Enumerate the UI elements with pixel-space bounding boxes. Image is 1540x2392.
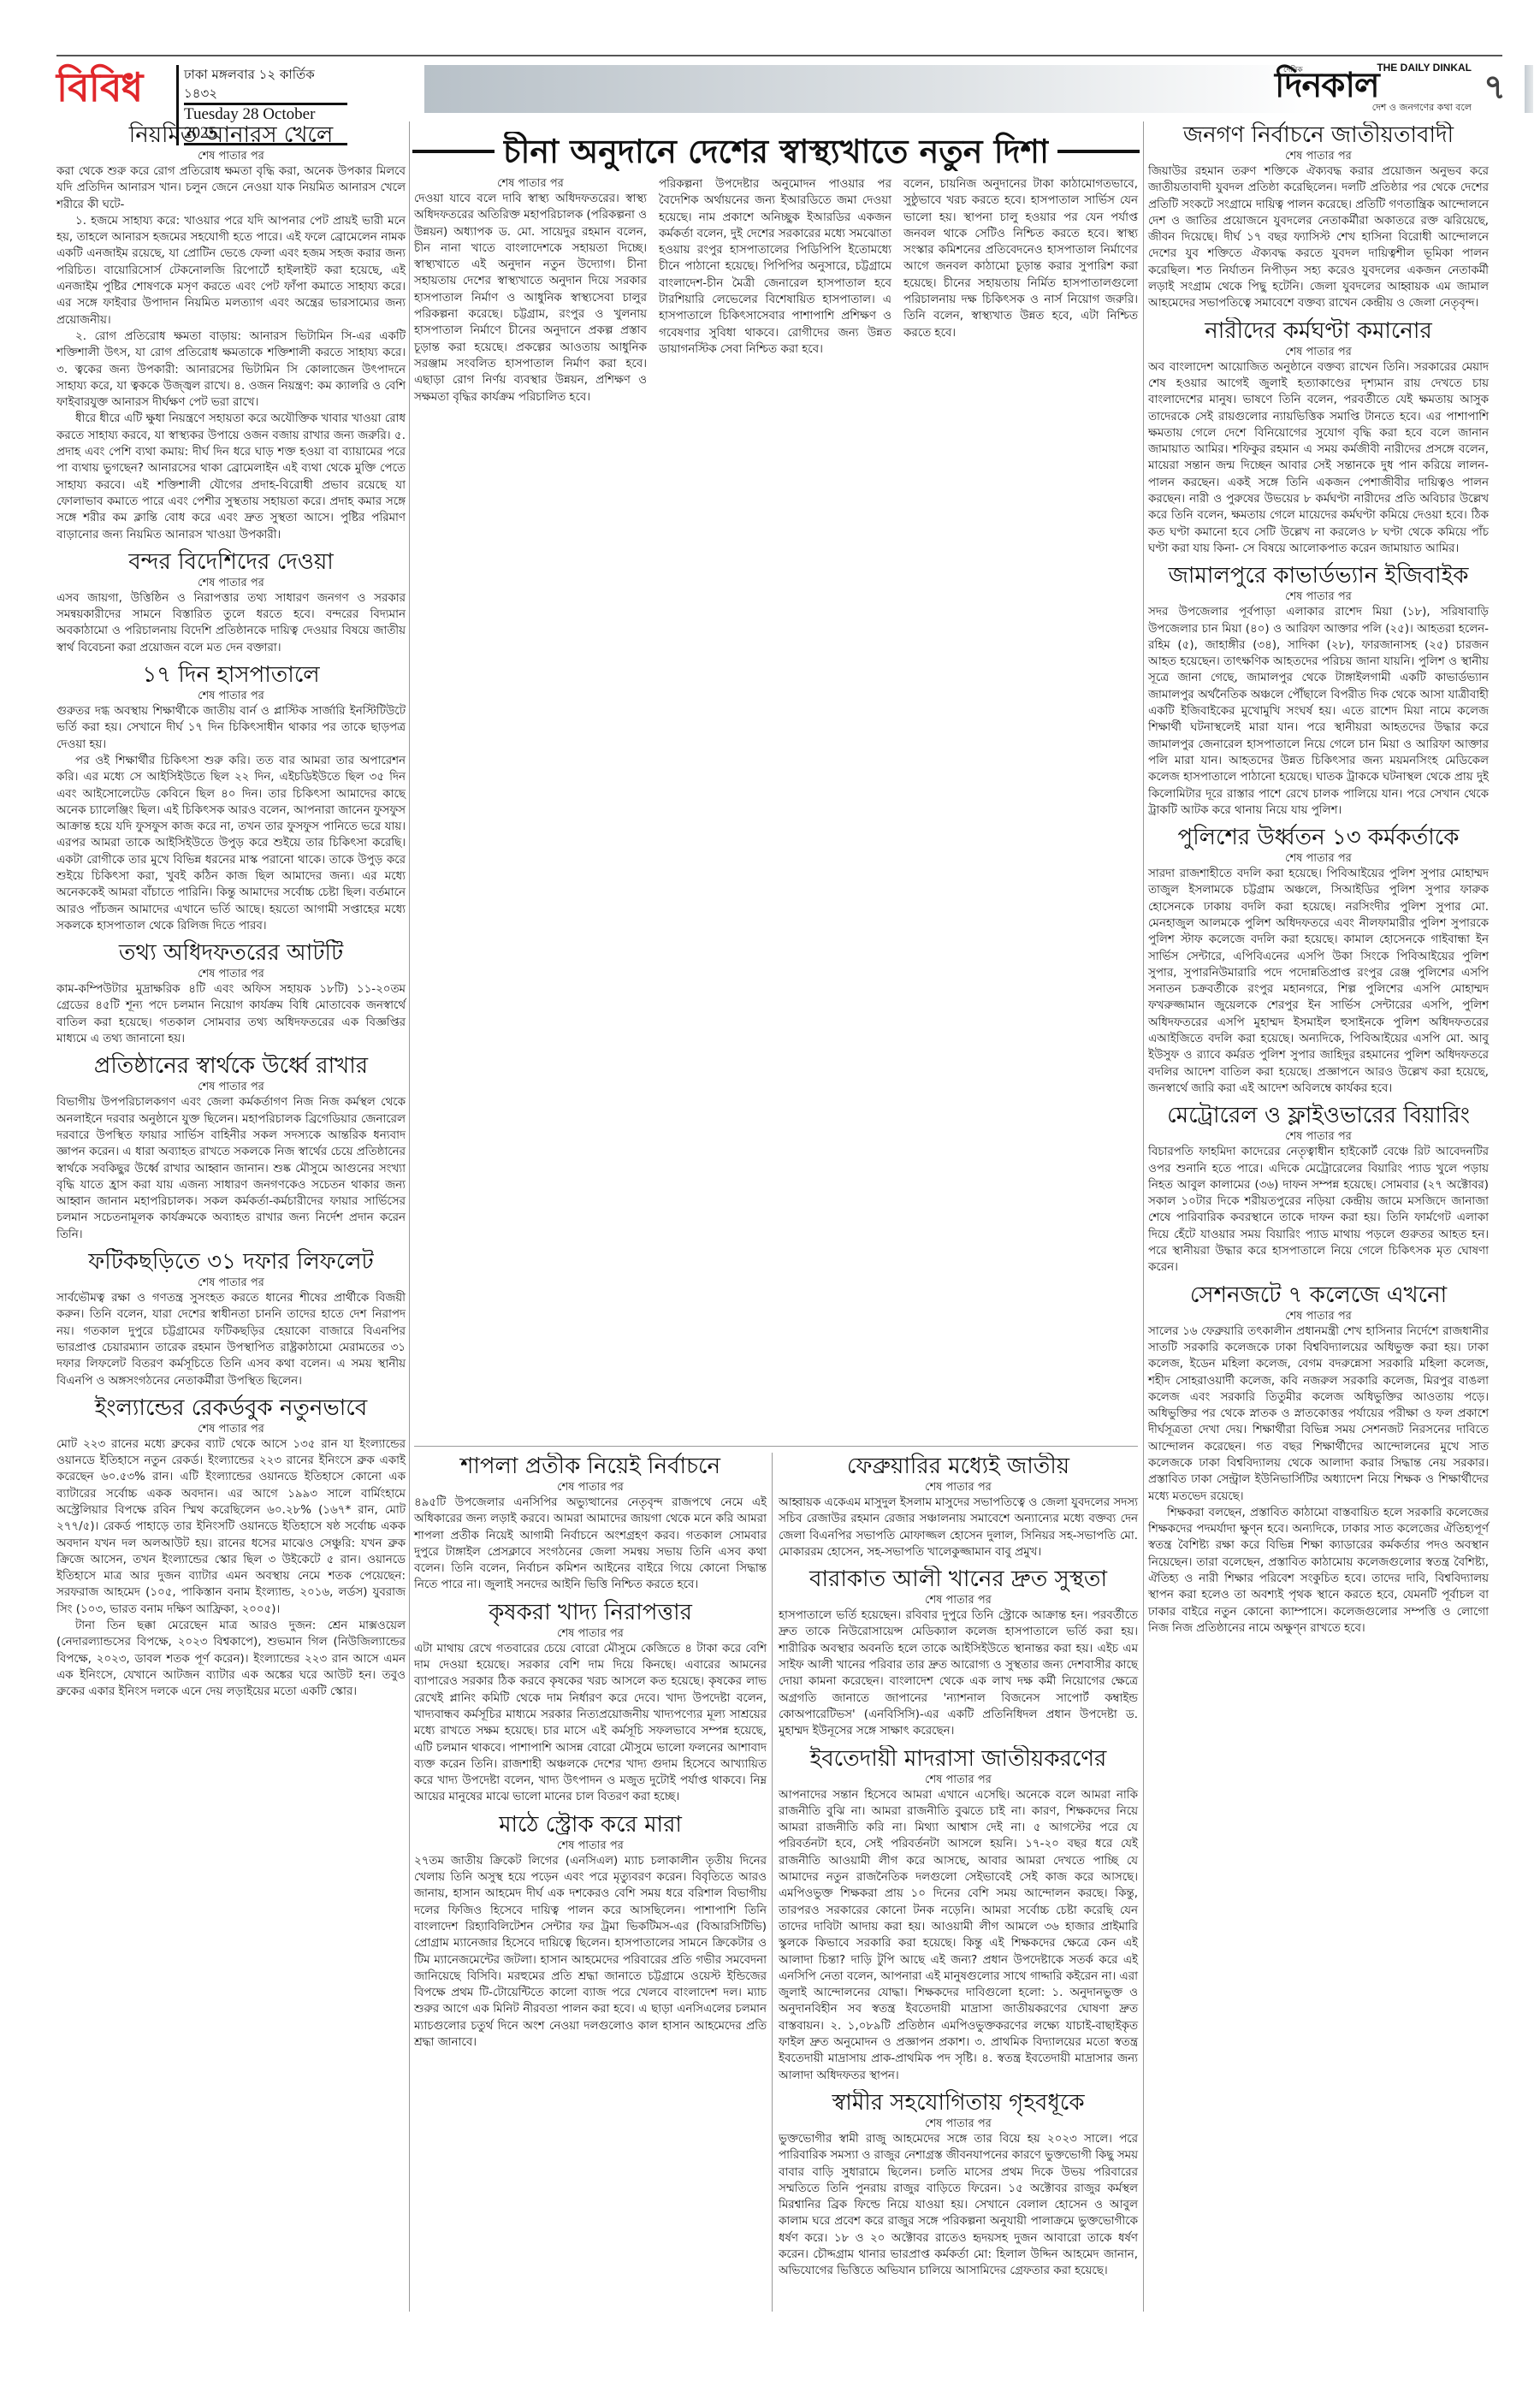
lead-story-col-3: বলেন, চায়নিজ অনুদানের টাকা কাঠামোগতভাবে…: [903, 176, 1138, 341]
left-column: নিয়মিত আনারস খেলে শেষ পাতার পর করা থেকে…: [56, 121, 406, 1706]
headline: ফেব্রুয়ারির মধ্যেই জাতীয়: [779, 1453, 1138, 1480]
headline: কৃষকরা খাদ্য নিরাপত্তার: [414, 1599, 767, 1626]
story-body: এটা মাথায় রেখে গতবারের চেয়ে বোরো মৌসুম…: [414, 1641, 767, 1806]
jump-label: শেষ পাতার পর: [56, 576, 406, 590]
headline: ফটিকছড়িতে ৩১ দফার লিফলেট: [56, 1248, 406, 1276]
page-number-bar: [1525, 65, 1533, 113]
lead-story-col-2: পরিকল্পনা উপদেষ্টার অনুমোদন পাওয়ার পর ব…: [659, 176, 891, 358]
paragraph: আপনাদের সন্তান হিসেবে আমরা এখানে এসেছি। …: [779, 1787, 1138, 2084]
paragraph: আহ্বায়ক একেএম মাসুদুল ইসলাম মাসুদের সভা…: [779, 1495, 1138, 1560]
jump-label: শেষ পাতার পর: [56, 1276, 406, 1290]
headline: মাঠে স্ট্রোক করে মারা: [414, 1811, 767, 1838]
lead-headline-row: চীনা অনুদানে দেশের স্বাস্থ্যখাতে নতুন দি…: [412, 130, 1140, 173]
story-institution-interest: প্রতিষ্ঠানের স্বার্থকে উর্ধ্বে রাখার শেষ…: [56, 1052, 406, 1243]
story-17-days-hospital: ১৭ দিন হাসপাতালে শেষ পাতার পর গুরুতর দগ্…: [56, 661, 406, 934]
story-february-election: ফেব্রুয়ারির মধ্যেই জাতীয় শেষ পাতার পর …: [779, 1453, 1138, 1560]
story-housewife-assault: স্বামীর সহযোগিতায় গৃহবধূকে শেষ পাতার পর…: [779, 2089, 1138, 2280]
story-body: সদর উপজেলার পূর্বপাড়া এলাকার রাশেদ মিয়…: [1148, 604, 1489, 819]
headline: সেশনজটে ৭ কলেজে এখনো: [1148, 1282, 1489, 1309]
headline: পুলিশের উর্ধ্বতন ১৩ কর্মকর্তাকে: [1148, 824, 1489, 851]
paragraph: অব বাংলাদেশ আয়োজিত অনুষ্ঠানে বক্তব্য রা…: [1148, 359, 1489, 558]
story-body: ৪৯৫টি উপজেলার এনসিপির অভ্যুত্থানের নেতৃব…: [414, 1495, 767, 1594]
paragraph: ২. রোগ প্রতিরোধ ক্ষমতা বাড়ায়: আনারস ভি…: [56, 329, 406, 411]
column-divider: [1143, 121, 1144, 2312]
story-nationalist-youth: জনগণ নির্বাচনে জাতীয়তাবাদী শেষ পাতার পর…: [1148, 121, 1489, 312]
story-body: সালের ১৬ ফেব্রুয়ারি তৎকালীন প্রধানমন্ত্…: [1148, 1323, 1489, 1637]
story-body: অব বাংলাদেশ আয়োজিত অনুষ্ঠানে বক্তব্য রা…: [1148, 359, 1489, 558]
jump-label: শেষ পাতার পর: [779, 1480, 1138, 1495]
paragraph: সার্বভৌমত্ব রক্ষা ও গণতন্ত্র সুসংহত করতে…: [56, 1290, 406, 1389]
jump-label: শেষ পাতার পর: [1148, 589, 1489, 604]
page-number: ৭: [1484, 65, 1506, 110]
paragraph: ধীরে ধীরে এটি ক্ষুধা নিয়ন্ত্রণে সহায়তা…: [56, 411, 406, 542]
story-body: মোট ২২৩ রানের মধ্যে ব্রুকের ব্যাট থেকে আ…: [56, 1436, 406, 1701]
brand-english-name: THE DAILY DINKAL: [1377, 62, 1472, 74]
story-shapla-symbol: শাপলা প্রতীক নিয়েই নির্বাচনে শেষ পাতার …: [414, 1453, 767, 1594]
section-divider: [414, 1446, 1138, 1447]
paragraph: ২৭তম জাতীয় ক্রিকেট লিগের (এনসিএল) ম্যাচ…: [414, 1853, 767, 2052]
headline: ইংল্যান্ডের রেকর্ডবুক নতুনভাবে: [56, 1394, 406, 1422]
lead-story-col-1: শেষ পাতার পর দেওয়া যাবে বলে দাবি স্বাস্…: [414, 176, 647, 406]
right-column: জনগণ নির্বাচনে জাতীয়তাবাদী শেষ পাতার পর…: [1148, 121, 1489, 1642]
jump-label: শেষ পাতার পর: [414, 1838, 767, 1853]
story-body: জিয়াউর রহমান তরুণ শক্তিকে ঐক্যবদ্ধ করার…: [1148, 163, 1489, 312]
jump-label: শেষ পাতার পর: [1148, 149, 1489, 163]
headline: বারাকাত আলী খানের দ্রুত সুস্থতা: [779, 1566, 1138, 1593]
story-body: হাসপাতালে ভর্তি হয়েছেন। রবিবার দুপুরে ত…: [779, 1607, 1138, 1739]
story-body: ভুক্তভোগীর স্বামী রাজু আহমেদের সঙ্গে তার…: [779, 2131, 1138, 2280]
paragraph: ভুক্তভোগীর স্বামী রাজু আহমেদের সঙ্গে তার…: [779, 2131, 1138, 2280]
story-england-record: ইংল্যান্ডের রেকর্ডবুক নতুনভাবে শেষ পাতার…: [56, 1394, 406, 1701]
headline: জামালপুরে কাভার্ডভ্যান ইজিবাইক: [1148, 562, 1489, 589]
jump-label: শেষ পাতার পর: [1148, 1309, 1489, 1323]
column-divider: [772, 1453, 773, 2312]
jump-label: শেষ পাতার পর: [414, 1626, 767, 1641]
paragraph: হাসপাতালে ভর্তি হয়েছেন। রবিবার দুপুরে ত…: [779, 1607, 1138, 1739]
story-body: করা থেকে শুরু করে রোগ প্রতিরোধ ক্ষমতা বৃ…: [56, 163, 406, 543]
story-body: গুরুতর দগ্ধ অবস্থায় শিক্ষার্থীকে জাতীয়…: [56, 703, 406, 934]
story-body: পরিকল্পনা উপদেষ্টার অনুমোদন পাওয়ার পর ব…: [659, 176, 891, 358]
jump-label: শেষ পাতার পর: [56, 689, 406, 703]
jump-label: শেষ পাতার পর: [1148, 851, 1489, 866]
paragraph: পর ওই শিক্ষার্থীর চিকিৎসা শুরু করি। তত ব…: [56, 753, 406, 934]
jump-label: শেষ পাতার পর: [779, 1593, 1138, 1607]
story-pineapple: নিয়মিত আনারস খেলে শেষ পাতার পর করা থেকে…: [56, 121, 406, 543]
story-body: দেওয়া যাবে বলে দাবি স্বাস্থ্য অধিদফতরের…: [414, 191, 647, 406]
story-info-directorate: তথ্য অধিদফতরের আটটি শেষ পাতার পর কাম-কম্…: [56, 939, 406, 1047]
paragraph: করা থেকে শুরু করে রোগ প্রতিরোধ ক্ষমতা বৃ…: [56, 163, 406, 213]
paragraph: ১. হজমে সাহায্য করে: খাওয়ার পরে যদি আপন…: [56, 213, 406, 329]
jump-label: শেষ পাতার পর: [414, 1480, 767, 1495]
paragraph: টানা তিন ছক্কা মেরেছেন মাত্র আরও দুজন: শ…: [56, 1618, 406, 1700]
headline: শাপলা প্রতীক নিয়েই নির্বাচনে: [414, 1453, 767, 1480]
headline: প্রতিষ্ঠানের স্বার্থকে উর্ধ্বে রাখার: [56, 1052, 406, 1080]
paragraph: এটা মাথায় রেখে গতবারের চেয়ে বোরো মৌসুম…: [414, 1641, 767, 1806]
top-rule: [56, 55, 1502, 56]
paragraph: জিয়াউর রহমান তরুণ শক্তিকে ঐক্যবদ্ধ করার…: [1148, 163, 1489, 312]
story-body: বিভাগীয় উপপরিচালকগণ এবং জেলা কর্মকর্তাগ…: [56, 1094, 406, 1243]
paragraph: কাম-কম্পিউটার মুদ্রাক্ষরিক ৪টি এবং অফিস …: [56, 981, 406, 1047]
story-farmers-food-security: কৃষকরা খাদ্য নিরাপত্তার শেষ পাতার পর এটা…: [414, 1599, 767, 1806]
center-bottom-left: শাপলা প্রতীক নিয়েই নির্বাচনে শেষ পাতার …: [414, 1453, 767, 2056]
masthead: বিবিধ ঢাকা মঙ্গলবার ১২ কার্তিক ১৪৩২ Tues…: [56, 62, 1502, 115]
story-body: বলেন, চায়নিজ অনুদানের টাকা কাঠামোগতভাবে…: [903, 176, 1138, 341]
story-fatikchhari-leaflet: ফটিকছড়িতে ৩১ দফার লিফলেট শেষ পাতার পর স…: [56, 1248, 406, 1389]
section-title: বিবিধ: [56, 63, 142, 111]
story-stroke-on-field: মাঠে স্ট্রোক করে মারা শেষ পাতার পর ২৭তম …: [414, 1811, 767, 2052]
story-women-working-hours: নারীদের কর্মঘণ্টা কমানোর শেষ পাতার পর অব…: [1148, 317, 1489, 558]
story-police-transfer: পুলিশের উর্ধ্বতন ১৩ কর্মকর্তাকে শেষ পাতা…: [1148, 824, 1489, 1097]
headline: স্বামীর সহযোগিতায় গৃহবধূকে: [779, 2089, 1138, 2117]
brand-tagline: দেশ ও জনগণের কথা বলে: [1372, 100, 1472, 116]
jump-label: শেষ পাতার পর: [779, 1773, 1138, 1787]
jump-label: শেষ পাতার পর: [56, 967, 406, 981]
story-ebtedayee-madrasa: ইবতেদায়ী মাদরাসা জাতীয়করণের শেষ পাতার …: [779, 1745, 1138, 2084]
jump-label: শেষ পাতার পর: [56, 149, 406, 163]
header-gray-band: [424, 65, 1314, 113]
jump-label: শেষ পাতার পর: [1148, 345, 1489, 359]
paragraph: মোট ২২৩ রানের মধ্যে ব্রুকের ব্যাট থেকে আ…: [56, 1436, 406, 1618]
jump-label: শেষ পাতার পর: [56, 1422, 406, 1436]
paragraph: এসব জায়গা, উত্তিষ্ঠিন ও নিরাপত্তার তথ্য…: [56, 590, 406, 656]
paragraph: বিচারপতি ফাহমিদা কাদেরের নেতৃত্বাধীন হাই…: [1148, 1144, 1489, 1276]
story-body: বিচারপতি ফাহমিদা কাদেরের নেতৃত্বাধীন হাই…: [1148, 1144, 1489, 1276]
jump-label: শেষ পাতার পর: [1148, 1129, 1489, 1144]
paragraph: সদর উপজেলার পূর্বপাড়া এলাকার রাশেদ মিয়…: [1148, 604, 1489, 819]
lead-headline: চীনা অনুদানে দেশের স্বাস্থ্যখাতে নতুন দি…: [503, 132, 1049, 171]
column-divider: [409, 121, 410, 2312]
story-metro-bearing: মেট্রোরেল ও ফ্লাইওভারের বিয়ারিং শেষ পাত…: [1148, 1102, 1489, 1276]
story-body: আপনাদের সন্তান হিসেবে আমরা এখানে এসেছি। …: [779, 1787, 1138, 2084]
story-jamalpur-accident: জামালপুরে কাভার্ডভ্যান ইজিবাইক শেষ পাতার…: [1148, 562, 1489, 819]
date-bangla: ঢাকা মঙ্গলবার ১২ কার্তিক ১৪৩২: [184, 65, 347, 103]
story-port: বন্দর বিদেশিদের দেওয়া শেষ পাতার পর এসব …: [56, 548, 406, 656]
brand-name: দিনকাল: [1275, 67, 1379, 104]
story-body: সারদা রাজশাহীতে বদলি করা হয়েছে। পিবিআইয…: [1148, 866, 1489, 1097]
story-body: ২৭তম জাতীয় ক্রিকেট লিগের (এনসিএল) ম্যাচ…: [414, 1853, 767, 2052]
paragraph: ৪৯৫টি উপজেলার এনসিপির অভ্যুত্থানের নেতৃব…: [414, 1495, 767, 1594]
headline-rule-right: [1057, 150, 1140, 153]
headline: তথ্য অধিদফতরের আটটি: [56, 939, 406, 967]
story-body: সার্বভৌমত্ব রক্ষা ও গণতন্ত্র সুসংহত করতে…: [56, 1290, 406, 1389]
headline: মেট্রোরেল ও ফ্লাইওভারের বিয়ারিং: [1148, 1102, 1489, 1129]
paragraph: শিক্ষকরা বলছেন, প্রস্তাবিত কাঠামো বাস্তব…: [1148, 1505, 1489, 1637]
story-body: কাম-কম্পিউটার মুদ্রাক্ষরিক ৪টি এবং অফিস …: [56, 981, 406, 1047]
story-body: আহ্বায়ক একেএম মাসুদুল ইসলাম মাসুদের সভা…: [779, 1495, 1138, 1560]
story-barakat-ali-khan: বারাকাত আলী খানের দ্রুত সুস্থতা শেষ পাতা…: [779, 1566, 1138, 1739]
paragraph: সারদা রাজশাহীতে বদলি করা হয়েছে। পিবিআইয…: [1148, 866, 1489, 1097]
headline-rule-left: [412, 150, 495, 153]
paragraph: গুরুতর দগ্ধ অবস্থায় শিক্ষার্থীকে জাতীয়…: [56, 703, 406, 753]
headline: ইবতেদায়ী মাদরাসা জাতীয়করণের: [779, 1745, 1138, 1773]
newspaper-logo: দৈনিক THE DAILY DINKAL দিনকাল দেশ ও জনগণ…: [1271, 62, 1477, 115]
jump-label: শেষ পাতার পর: [779, 2117, 1138, 2131]
story-body: এসব জায়গা, উত্তিষ্ঠিন ও নিরাপত্তার তথ্য…: [56, 590, 406, 656]
headline: বন্দর বিদেশিদের দেওয়া: [56, 548, 406, 576]
headline: ১৭ দিন হাসপাতালে: [56, 661, 406, 689]
story-seven-colleges: সেশনজটে ৭ কলেজে এখনো শেষ পাতার পর সালের …: [1148, 1282, 1489, 1637]
headline: জনগণ নির্বাচনে জাতীয়তাবাদী: [1148, 121, 1489, 149]
paragraph: বিভাগীয় উপপরিচালকগণ এবং জেলা কর্মকর্তাগ…: [56, 1094, 406, 1243]
jump-label: শেষ পাতার পর: [414, 176, 647, 191]
headline: নারীদের কর্মঘণ্টা কমানোর: [1148, 317, 1489, 345]
jump-label: শেষ পাতার পর: [56, 1080, 406, 1094]
center-bottom-right: ফেব্রুয়ারির মধ্যেই জাতীয় শেষ পাতার পর …: [779, 1453, 1138, 2285]
paragraph: সালের ১৬ ফেব্রুয়ারি তৎকালীন প্রধানমন্ত্…: [1148, 1323, 1489, 1505]
headline: নিয়মিত আনারস খেলে: [56, 121, 406, 149]
